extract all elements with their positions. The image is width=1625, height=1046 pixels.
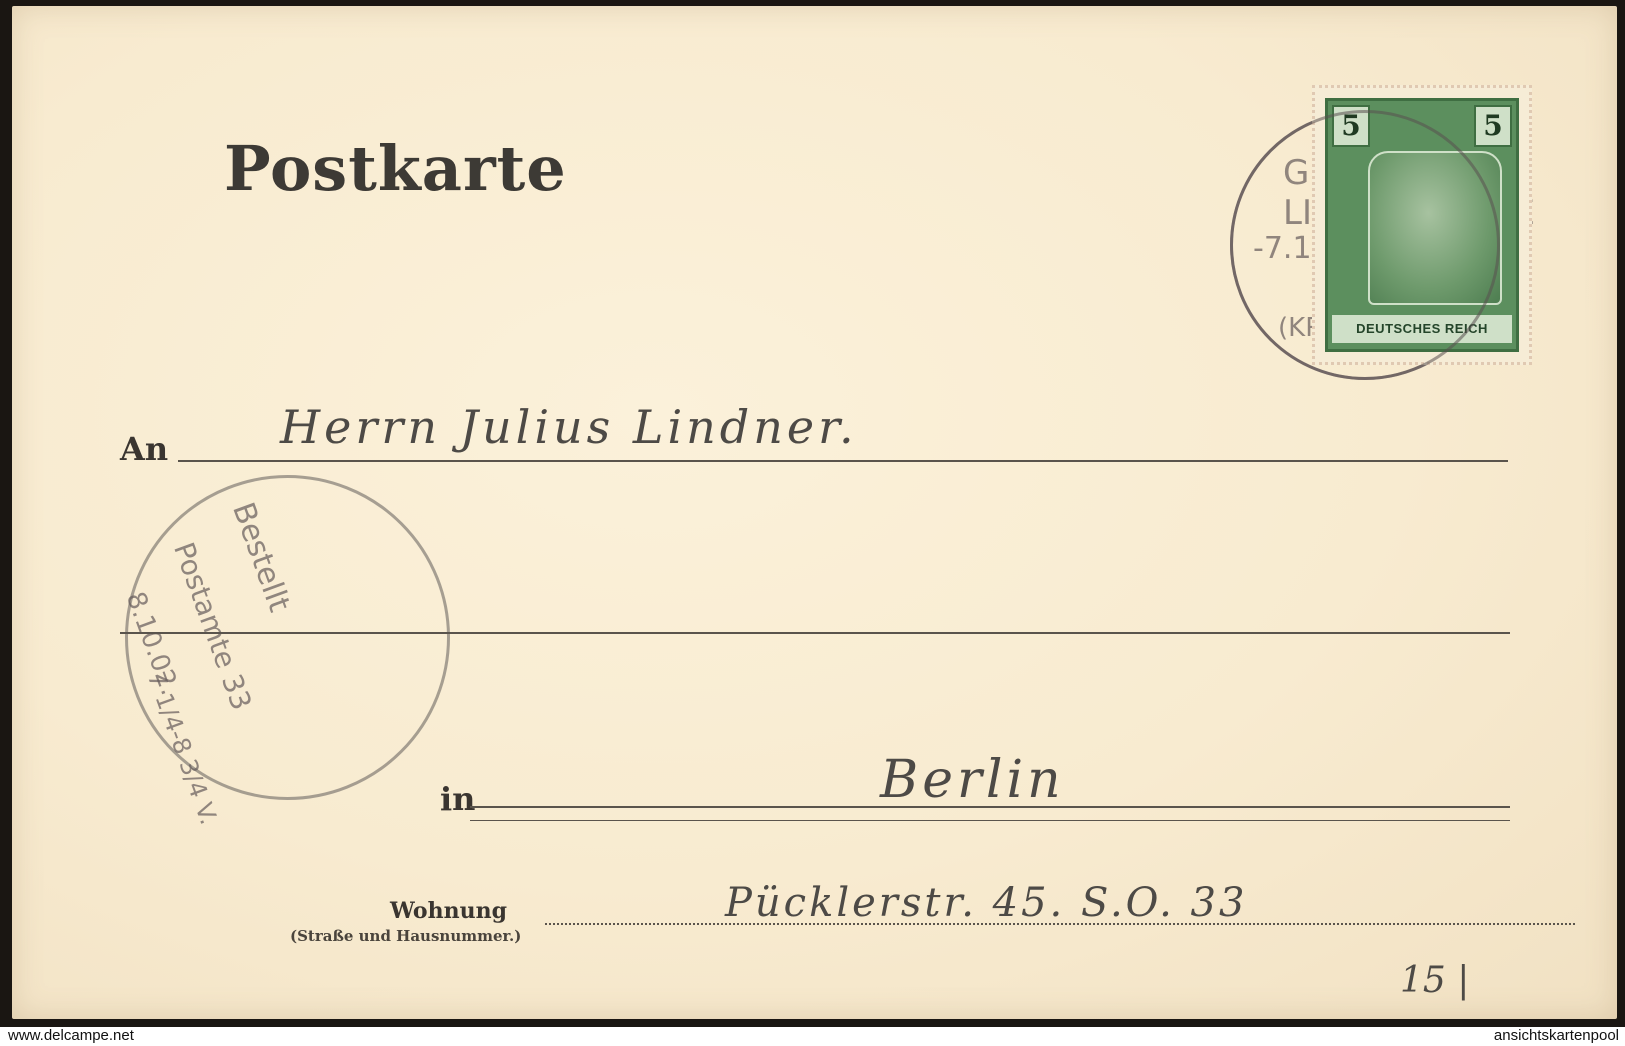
address-line-1 — [178, 460, 1508, 462]
handwritten-city: Berlin — [880, 750, 1065, 810]
postmark-delivery: Bestellt Postamte 33 8.10.02. 7 1/4-8 3/… — [125, 475, 450, 800]
label-an: An — [120, 430, 168, 468]
address-line-3b — [470, 820, 1510, 821]
address-line-2 — [120, 632, 1510, 634]
label-in: in — [440, 780, 475, 818]
postcard-title: Postkarte — [224, 132, 567, 205]
postmark-bestellt: Bestellt — [225, 498, 297, 616]
watermark-footer: www.delcampe.net ansichtskartenpool — [0, 1027, 1625, 1046]
postmark-ring-overlay — [1230, 110, 1500, 380]
footer-source-right: ansichtskartenpool — [1494, 1027, 1619, 1044]
stamp-value-right: 5 — [1474, 105, 1512, 147]
label-wohnung: Wohnung — [390, 898, 507, 924]
footer-source-left: www.delcampe.net — [8, 1027, 134, 1044]
label-wohnung-sub: (Straße und Hausnummer.) — [290, 927, 521, 945]
handwritten-note: 15 | — [1400, 960, 1469, 1001]
handwritten-street: Pücklerstr. 45. S.O. 33 — [725, 880, 1247, 926]
handwritten-recipient: Herrn Julius Lindner. — [280, 400, 858, 454]
